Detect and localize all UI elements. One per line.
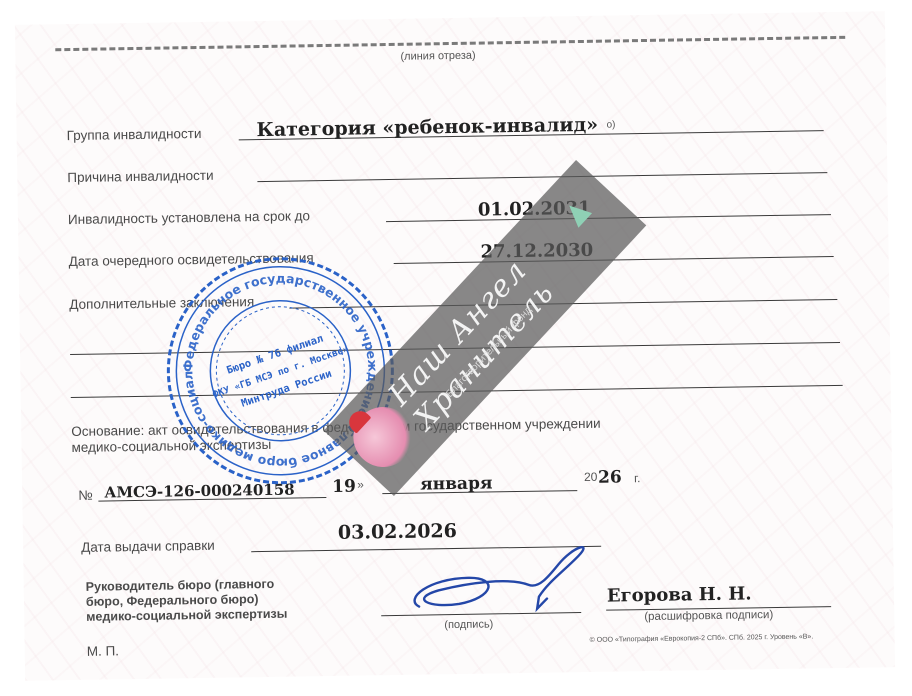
cut-line — [55, 36, 845, 51]
seal-mark: М. П. — [87, 643, 119, 659]
signatory-name-caption: (расшифровка подписи) — [644, 609, 773, 623]
signatory-role-line-3: медико-социальной экспертизы — [86, 607, 287, 625]
issue-date-label: Дата выдачи справки — [81, 538, 215, 555]
signature-icon — [398, 536, 599, 619]
disability-group-label: Группа инвалидности — [67, 126, 202, 143]
signature-caption: (подпись) — [444, 618, 493, 631]
disability-reason-rule — [257, 172, 827, 182]
established-until-label: Инвалидность установлена на срок до — [68, 208, 310, 227]
act-year-suffix: 26 — [598, 467, 622, 487]
act-year-prefix: 20 — [584, 470, 598, 484]
disability-group-hint: о) — [606, 119, 615, 130]
signatory-role: Руководитель бюро (главного бюро, Федера… — [86, 577, 288, 625]
disability-group-value: Категория «ребенок-инвалид» — [256, 114, 598, 141]
printer-note: © ООО «Типография «Еврокопия-2 СПб». СПб… — [590, 633, 814, 644]
act-number-prefix: № — [78, 488, 93, 503]
act-month-value: января — [420, 473, 493, 494]
signatory-name: Егорова Н. Н. — [607, 583, 752, 606]
act-year-unit: г. — [634, 471, 640, 485]
disability-reason-label: Причина инвалидности — [67, 168, 214, 185]
cut-line-label: (линия отреза) — [400, 50, 475, 63]
